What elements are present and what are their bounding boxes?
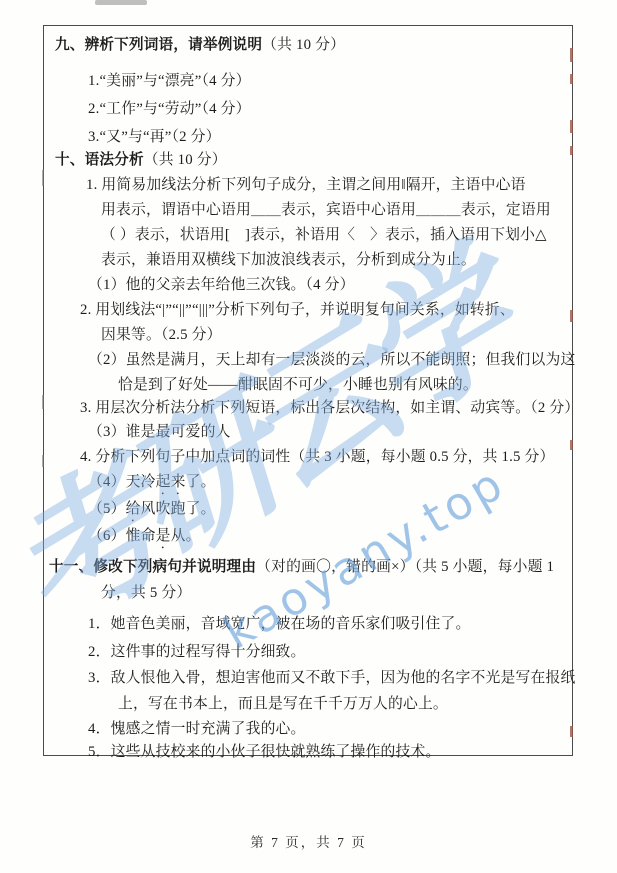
scan-tick: [570, 726, 573, 737]
text-line: 3.“又”与“再”（2 分）: [88, 128, 221, 147]
text-line: 1.“美丽”与“漂亮”（4 分）: [88, 72, 251, 91]
emphasized-word: 起来: [156, 474, 186, 490]
text-line: （1）他的父亲去年给他三次钱。（4 分）: [88, 276, 355, 295]
text-line: 恰是到了好处——酣眠固不可少，小睡也别有风味的。: [118, 376, 478, 395]
emph-post: 了。: [186, 474, 216, 490]
scan-smudge: [95, 0, 147, 5]
emphasized-word: 给: [126, 501, 141, 517]
section-heading-11: 十一、修改下列病句并说明理由（对的画〇，错的画×）（共 5 小题，每小题 1: [49, 558, 554, 577]
emph-pre: （5）: [88, 501, 126, 517]
emph-pre: （4）天冷: [88, 474, 156, 490]
section-heading-9: 九、辨析下列词语，请举例说明（共 10 分）: [55, 36, 345, 55]
page-number: 第 7 页，共 7 页: [0, 831, 617, 851]
text-line: 1. 用简易加线法分析下列句子成分，主谓之间用‖隔开，主语中心语: [86, 176, 526, 195]
text-line: 上，写在书本上，而且是写在千千万万人的心上。: [118, 695, 448, 714]
text-line-emphasized: （4）天冷起来了。: [88, 473, 216, 498]
emph-pre: （6）惟命: [88, 528, 156, 544]
text-line-emphasized: （5）给风吹跑了。: [88, 500, 216, 525]
scan-tick: [42, 455, 44, 467]
emphasized-word: 是: [156, 528, 171, 544]
scan-tick: [570, 146, 573, 155]
section-heading-score: （对的画〇，错的画×）（共 5 小题，每小题 1: [256, 559, 554, 575]
scan-tick: [570, 120, 573, 133]
emph-post: 风吹跑了。: [141, 501, 216, 517]
section-heading-title: 十、语法分析: [55, 152, 144, 168]
text-line: 1．她音色美丽，音域宽广，被在场的音乐家们吸引住了。: [88, 615, 471, 634]
text-line: 4．愧感之情一时充满了我的心。: [88, 720, 306, 739]
text-line: 3．敌人恨他入骨，想迫害他而又不敢下手，因为他的名字不光是写在报纸: [88, 669, 576, 688]
text-line: 表示，兼语用双横线下加波浪线表示，分析到成分为止。: [101, 251, 476, 270]
scan-tick: [570, 310, 573, 322]
section-heading-title: 十一、修改下列病句并说明理由: [49, 559, 256, 575]
section-heading-score: （共 10 分）: [262, 37, 345, 53]
scan-tick: [42, 395, 44, 409]
text-line: （2）虽然是满月，天上却有一层淡淡的云，所以不能朗照；但我们以为这: [88, 351, 576, 370]
text-line-emphasized: （6）惟命是从。: [88, 527, 201, 552]
text-line: 2.“工作”与“劳动”（4 分）: [88, 100, 251, 119]
section-heading-score: （共 10 分）: [144, 152, 227, 168]
text-line: 用表示，谓语中心语用＿＿表示，宾语中心语用＿＿＿表示，定语用: [101, 201, 551, 220]
text-line: 分，共 5 分）: [101, 584, 191, 603]
text-line: 3. 用层次分析法分析下列短语，标出各层次结构，如主谓、动宾等。（2 分）: [80, 399, 579, 418]
emph-post: 从。: [171, 528, 201, 544]
text-line: （3）谁是最可爱的人: [88, 423, 231, 442]
text-line: （ ）表示，状语用[ ]表示，补语用〈 〉表示，插入语用下划小△: [101, 226, 547, 245]
section-heading-title: 九、辨析下列词语，请举例说明: [55, 37, 262, 53]
text-line: 4. 分析下列句子中加点词的词性（共 3 小题，每小题 0.5 分，共 1.5 …: [80, 448, 555, 467]
scan-tick: [570, 74, 573, 84]
text-line: 因果等。（2.5 分）: [101, 326, 222, 345]
scan-tick: [570, 440, 573, 450]
section-heading-10: 十、语法分析（共 10 分）: [55, 151, 227, 170]
scan-tick: [42, 170, 44, 186]
text-line: 2．这件事的过程写得十分细致。: [88, 643, 306, 662]
text-line: 2. 用划线法“|”“||”“|||”分析下列句子，并说明复句间关系，如转折、: [80, 301, 515, 320]
scan-tick: [570, 48, 573, 62]
text-line: 5．这些从技校来的小伙子很快就熟练了操作的技术。: [88, 743, 441, 762]
